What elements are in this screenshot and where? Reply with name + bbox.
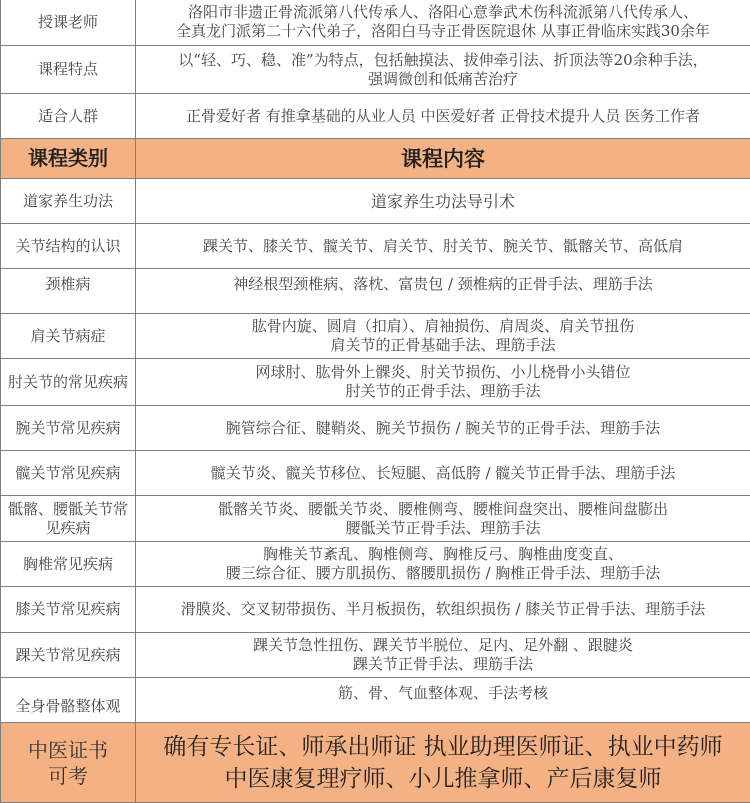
content-line: 踝关节、膝关节、髋关节、肩关节、肘关节、腕关节、骶髂关节、高低肩 [140, 237, 746, 256]
info-label: 授课老师 [1, 0, 136, 46]
table-row: 肘关节的常见疾病 网球肘、肱骨外上髁炎、肘关节损伤、小儿桡骨小头错位 肘关节的正… [1, 359, 750, 406]
table-row: 全身骨骼整体观 筋、骨、气血整体观、手法考核 [1, 678, 750, 723]
row-content: 筋、骨、气血整体观、手法考核 [136, 678, 750, 723]
table-row: 髋关节常见疾病 髋关节炎、髋关节移位、长短腿、高低胯 / 髋关节正骨手法、理筋手… [1, 451, 750, 496]
header-category: 课程类别 [1, 139, 136, 179]
row-category: 腕关节常见疾病 [1, 406, 136, 451]
row-category: 膝关节常见疾病 [1, 587, 136, 633]
info-line: 以“轻、巧、稳、准”为特点，包括触摸法、拔伸牵引法、折顶法等20余种手法， [140, 51, 746, 70]
row-category: 全身骨骼整体观 [1, 678, 136, 723]
table-header-row: 课程类别 课程内容 [1, 139, 750, 179]
info-content: 洛阳市非遗正骨流派第八代传承人、洛阳心意拳武术伤科流派第八代传承人、 全真龙门派… [136, 0, 750, 46]
info-line: 全真龙门派第二十六代弟子，洛阳白马寺正骨医院退休 从事正骨临床实践30余年 [140, 22, 746, 41]
row-content: 腕管综合征、腱鞘炎、腕关节损伤 / 腕关节的正骨手法、理筋手法 [136, 406, 750, 451]
info-content: 正骨爱好者 有推拿基础的从业人员 中医爱好者 正骨技术提升人员 医务工作者 [136, 94, 750, 139]
content-line: 胸椎关节紊乱、胸椎侧弯、胸椎反弓、胸椎曲度变直、 [140, 545, 746, 564]
content-line: 网球肘、肱骨外上髁炎、肘关节损伤、小儿桡骨小头错位 [140, 363, 746, 382]
info-label: 课程特点 [1, 46, 136, 94]
certificate-label-line: 中医证书 [5, 737, 131, 763]
info-content: 以“轻、巧、稳、准”为特点，包括触摸法、拔伸牵引法、折顶法等20余种手法， 强调… [136, 46, 750, 94]
info-label: 适合人群 [1, 94, 136, 139]
certificate-label: 中医证书 可考 [1, 723, 136, 801]
content-line: 腰三综合征、腰方肌损伤、髂腰肌损伤 / 胸椎正骨手法、理筋手法 [140, 564, 746, 583]
info-row-audience: 适合人群 正骨爱好者 有推拿基础的从业人员 中医爱好者 正骨技术提升人员 医务工… [1, 94, 750, 139]
content-line: 髋关节炎、髋关节移位、长短腿、高低胯 / 髋关节正骨手法、理筋手法 [140, 464, 746, 483]
info-row-features: 课程特点 以“轻、巧、稳、准”为特点，包括触摸法、拔伸牵引法、折顶法等20余种手… [1, 46, 750, 94]
row-category: 关节结构的认识 [1, 224, 136, 269]
table-row: 骶髂、腰骶关节常见疾病 骶髂关节炎、腰骶关节炎、腰椎侧弯、腰椎间盘突出、腰椎间盘… [1, 496, 750, 542]
table-row: 踝关节常见疾病 踝关节急性扭伤、踝关节半脱位、足内、足外翻 、跟腱炎 踝关节正骨… [1, 633, 750, 678]
content-line: 踝关节正骨手法、理筋手法 [140, 655, 746, 674]
certificate-content: 确有专长证、师承出师证 执业助理医师证、执业中药师 中医康复理疗师、小儿推拿师、… [136, 723, 750, 801]
certificate-label-line: 可考 [5, 763, 131, 789]
content-line: 肱骨内旋、圆肩（扣肩）、肩袖损伤、肩周炎、肩关节扭伤 [140, 317, 746, 336]
content-line: 神经根型颈椎病、落枕、富贵包 / 颈椎病的正骨手法、理筋手法 [140, 275, 746, 294]
row-content: 髋关节炎、髋关节移位、长短腿、高低胯 / 髋关节正骨手法、理筋手法 [136, 451, 750, 496]
header-content: 课程内容 [136, 139, 750, 179]
row-content: 踝关节急性扭伤、踝关节半脱位、足内、足外翻 、跟腱炎 踝关节正骨手法、理筋手法 [136, 633, 750, 678]
content-line: 筋、骨、气血整体观、手法考核 [140, 684, 746, 703]
row-category: 髋关节常见疾病 [1, 451, 136, 496]
certificate-line: 中医康复理疗师、小儿推拿师、产后康复师 [140, 763, 746, 795]
course-table: 授课老师 洛阳市非遗正骨流派第八代传承人、洛阳心意拳武术伤科流派第八代传承人、 … [0, 0, 750, 800]
row-category: 颈椎病 [1, 269, 136, 314]
row-content: 踝关节、膝关节、髋关节、肩关节、肘关节、腕关节、骶髂关节、高低肩 [136, 224, 750, 269]
table-row: 腕关节常见疾病 腕管综合征、腱鞘炎、腕关节损伤 / 腕关节的正骨手法、理筋手法 [1, 406, 750, 451]
row-content: 滑膜炎、交叉韧带损伤、半月板损伤，软组织损伤 / 膝关节正骨手法、理筋手法 [136, 587, 750, 633]
table-row: 肩关节病症 肱骨内旋、圆肩（扣肩）、肩袖损伤、肩周炎、肩关节扭伤 肩关节的正骨基… [1, 314, 750, 359]
certificate-row: 中医证书 可考 确有专长证、师承出师证 执业助理医师证、执业中药师 中医康复理疗… [1, 723, 750, 801]
content-line: 踝关节急性扭伤、踝关节半脱位、足内、足外翻 、跟腱炎 [140, 636, 746, 655]
row-category: 踝关节常见疾病 [1, 633, 136, 678]
row-content: 网球肘、肱骨外上髁炎、肘关节损伤、小儿桡骨小头错位 肘关节的正骨手法、理筋手法 [136, 359, 750, 406]
row-category: 肩关节病症 [1, 314, 136, 359]
row-content: 肱骨内旋、圆肩（扣肩）、肩袖损伤、肩周炎、肩关节扭伤 肩关节的正骨基础手法、理筋… [136, 314, 750, 359]
info-line: 洛阳市非遗正骨流派第八代传承人、洛阳心意拳武术伤科流派第八代传承人、 [140, 3, 746, 22]
table-row: 胸椎常见疾病 胸椎关节紊乱、胸椎侧弯、胸椎反弓、胸椎曲度变直、 腰三综合征、腰方… [1, 542, 750, 587]
row-content: 神经根型颈椎病、落枕、富贵包 / 颈椎病的正骨手法、理筋手法 [136, 269, 750, 314]
content-line: 骶髂关节炎、腰骶关节炎、腰椎侧弯、腰椎间盘突出、腰椎间盘膨出 [140, 500, 746, 519]
row-category: 骶髂、腰骶关节常见疾病 [1, 496, 136, 542]
info-line: 强调微创和低痛苦治疗 [140, 70, 746, 89]
row-category: 道家养生功法 [1, 179, 136, 224]
content-line: 肘关节的正骨手法、理筋手法 [140, 382, 746, 401]
certificate-line: 确有专长证、师承出师证 执业助理医师证、执业中药师 [140, 731, 746, 763]
table-row: 颈椎病 神经根型颈椎病、落枕、富贵包 / 颈椎病的正骨手法、理筋手法 [1, 269, 750, 314]
row-content: 骶髂关节炎、腰骶关节炎、腰椎侧弯、腰椎间盘突出、腰椎间盘膨出 腰骶关节正骨手法、… [136, 496, 750, 542]
content-line: 滑膜炎、交叉韧带损伤、半月板损伤，软组织损伤 / 膝关节正骨手法、理筋手法 [140, 600, 746, 619]
table-row: 道家养生功法 道家养生功法导引术 [1, 179, 750, 224]
content-line: 腰骶关节正骨手法、理筋手法 [140, 519, 746, 538]
row-content: 胸椎关节紊乱、胸椎侧弯、胸椎反弓、胸椎曲度变直、 腰三综合征、腰方肌损伤、髂腰肌… [136, 542, 750, 587]
content-line: 道家养生功法导引术 [140, 192, 746, 211]
row-category: 胸椎常见疾病 [1, 542, 136, 587]
content-line: 腕管综合征、腱鞘炎、腕关节损伤 / 腕关节的正骨手法、理筋手法 [140, 419, 746, 438]
table-row: 膝关节常见疾病 滑膜炎、交叉韧带损伤、半月板损伤，软组织损伤 / 膝关节正骨手法… [1, 587, 750, 633]
info-line: 正骨爱好者 有推拿基础的从业人员 中医爱好者 正骨技术提升人员 医务工作者 [140, 107, 746, 126]
row-category: 肘关节的常见疾病 [1, 359, 136, 406]
content-line: 肩关节的正骨基础手法、理筋手法 [140, 336, 746, 355]
table-row: 关节结构的认识 踝关节、膝关节、髋关节、肩关节、肘关节、腕关节、骶髂关节、高低肩 [1, 224, 750, 269]
row-content: 道家养生功法导引术 [136, 179, 750, 224]
info-row-teacher: 授课老师 洛阳市非遗正骨流派第八代传承人、洛阳心意拳武术伤科流派第八代传承人、 … [1, 0, 750, 46]
